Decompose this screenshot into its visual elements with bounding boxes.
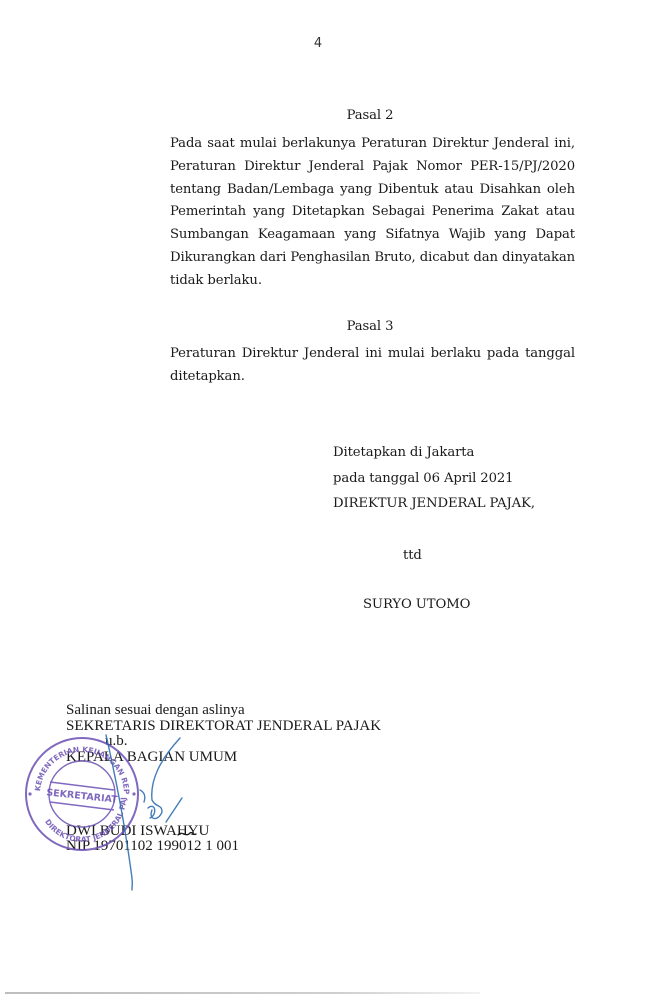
signing-date: pada tanggal 06 April 2021 [333,466,535,492]
pasal-3-body: Peraturan Direktur Jenderal ini mulai be… [170,343,575,389]
pasal-2-line: tidak berlaku. [170,270,575,293]
signer-title: DIREKTUR JENDERAL PAJAK, [333,491,535,517]
document-page: 4 Pasal 2 Pada saat mulai berlakunya Per… [0,0,654,1000]
pasal-2-body: Pada saat mulai berlakunya Peraturan Dir… [170,133,575,293]
pasal-3-heading: Pasal 3 [270,319,470,334]
pasal-2-line: Pada saat mulai berlakunya Peraturan Dir… [170,133,575,156]
pasal-2-line: tentang Badan/Lembaga yang Dibentuk atau… [170,179,575,202]
copy-line-1: Salinan sesuai dengan aslinya [66,703,381,719]
pasal-2-heading: Pasal 2 [270,108,470,123]
signed-mark: ttd [403,548,422,563]
pasal-3-line: Peraturan Direktur Jenderal ini mulai be… [170,343,575,366]
page-number: 4 [0,36,636,51]
pasal-3-line: ditetapkan. [170,366,575,389]
pasal-2-line: Peraturan Direktur Jenderal Pajak Nomor … [170,156,575,179]
pasal-2-line: Sumbangan Keagamaan yang Sifatnya Wajib … [170,224,575,247]
signing-place: Ditetapkan di Jakarta [333,440,535,466]
pasal-2-line: Pemerintah yang Ditetapkan Sebagai Pener… [170,201,575,224]
page-bottom-rule [5,992,480,994]
handwritten-signature-icon [100,730,200,895]
pasal-2-line: Dikurangkan dari Penghasilan Bruto, dica… [170,247,575,270]
signature-block: Ditetapkan di Jakarta pada tanggal 06 Ap… [333,440,535,517]
signer-name: SURYO UTOMO [363,597,470,612]
